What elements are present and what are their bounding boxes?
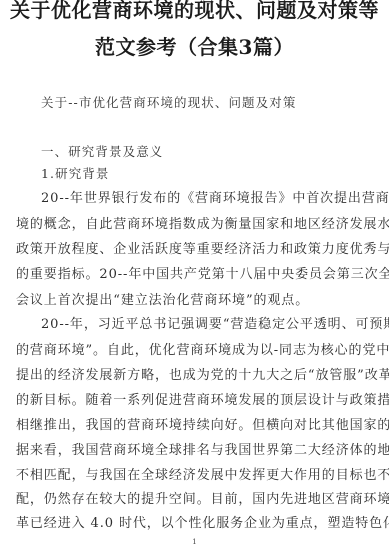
paragraph-line: 不相匹配，与我国在全球经济发展中发挥更大作用的目标也不匹 xyxy=(16,464,373,483)
paragraph-line: 政策开放程度、企业活跃度等重要经济活力和政策力度优秀与否 xyxy=(16,238,373,257)
document-title-line-1: 关于优化营商环境的现状、问题及对策等 xyxy=(0,0,389,23)
paragraph-line: 境的概念，自此营商环境指数成为衡量国家和地区经济发展水平、 xyxy=(16,213,373,232)
subsection-heading: 1.研究背景 xyxy=(41,164,110,182)
section-heading: 一、研究背景及意义 xyxy=(41,142,163,160)
paragraph-line: 会议上首次提出“建立法治化营商环境”的观点。 xyxy=(16,289,373,308)
page-number: 1 xyxy=(0,538,389,546)
paragraph-line: 相继推出，我国的营商环境持续向好。但横向对比其他国家的数 xyxy=(16,414,373,433)
paragraph-line: 革已经进入 4.0 时代，以个性化服务企业为重点，塑造特色化、 xyxy=(16,512,373,531)
paragraph-line: 的营商环境”。自此，优化营商环境成为以-同志为核心的党中央 xyxy=(16,339,373,358)
paragraph-line: 的重要指标。20--年中国共产党第十八届中央委员会第三次全体 xyxy=(16,263,373,282)
paragraph-line: 20--年世界银行发布的《营商环境报告》中首次提出营商环 xyxy=(41,187,373,206)
document-subtitle: 关于--市优化营商环境的现状、问题及对策 xyxy=(41,93,296,111)
paragraph-line: 据来看，我国营商环境全球排名与我国世界第二大经济体的地位 xyxy=(16,439,373,458)
paragraph-line: 配，仍然存在较大的提升空间。目前，国内先进地区营商环境改 xyxy=(16,488,373,507)
paragraph-line: 20--年，习近平总书记强调要“营造稳定公平透明、可预期 xyxy=(41,313,373,332)
document-title-line-2: 范文参考（合集3篇） xyxy=(0,31,389,60)
paragraph-line: 的新目标。随着一系列促进营商环境发展的顶层设计与政策措施 xyxy=(16,389,373,408)
paragraph-line: 提出的经济发展新方略，也成为党的十九大之后“放管服”改革 xyxy=(16,364,373,383)
